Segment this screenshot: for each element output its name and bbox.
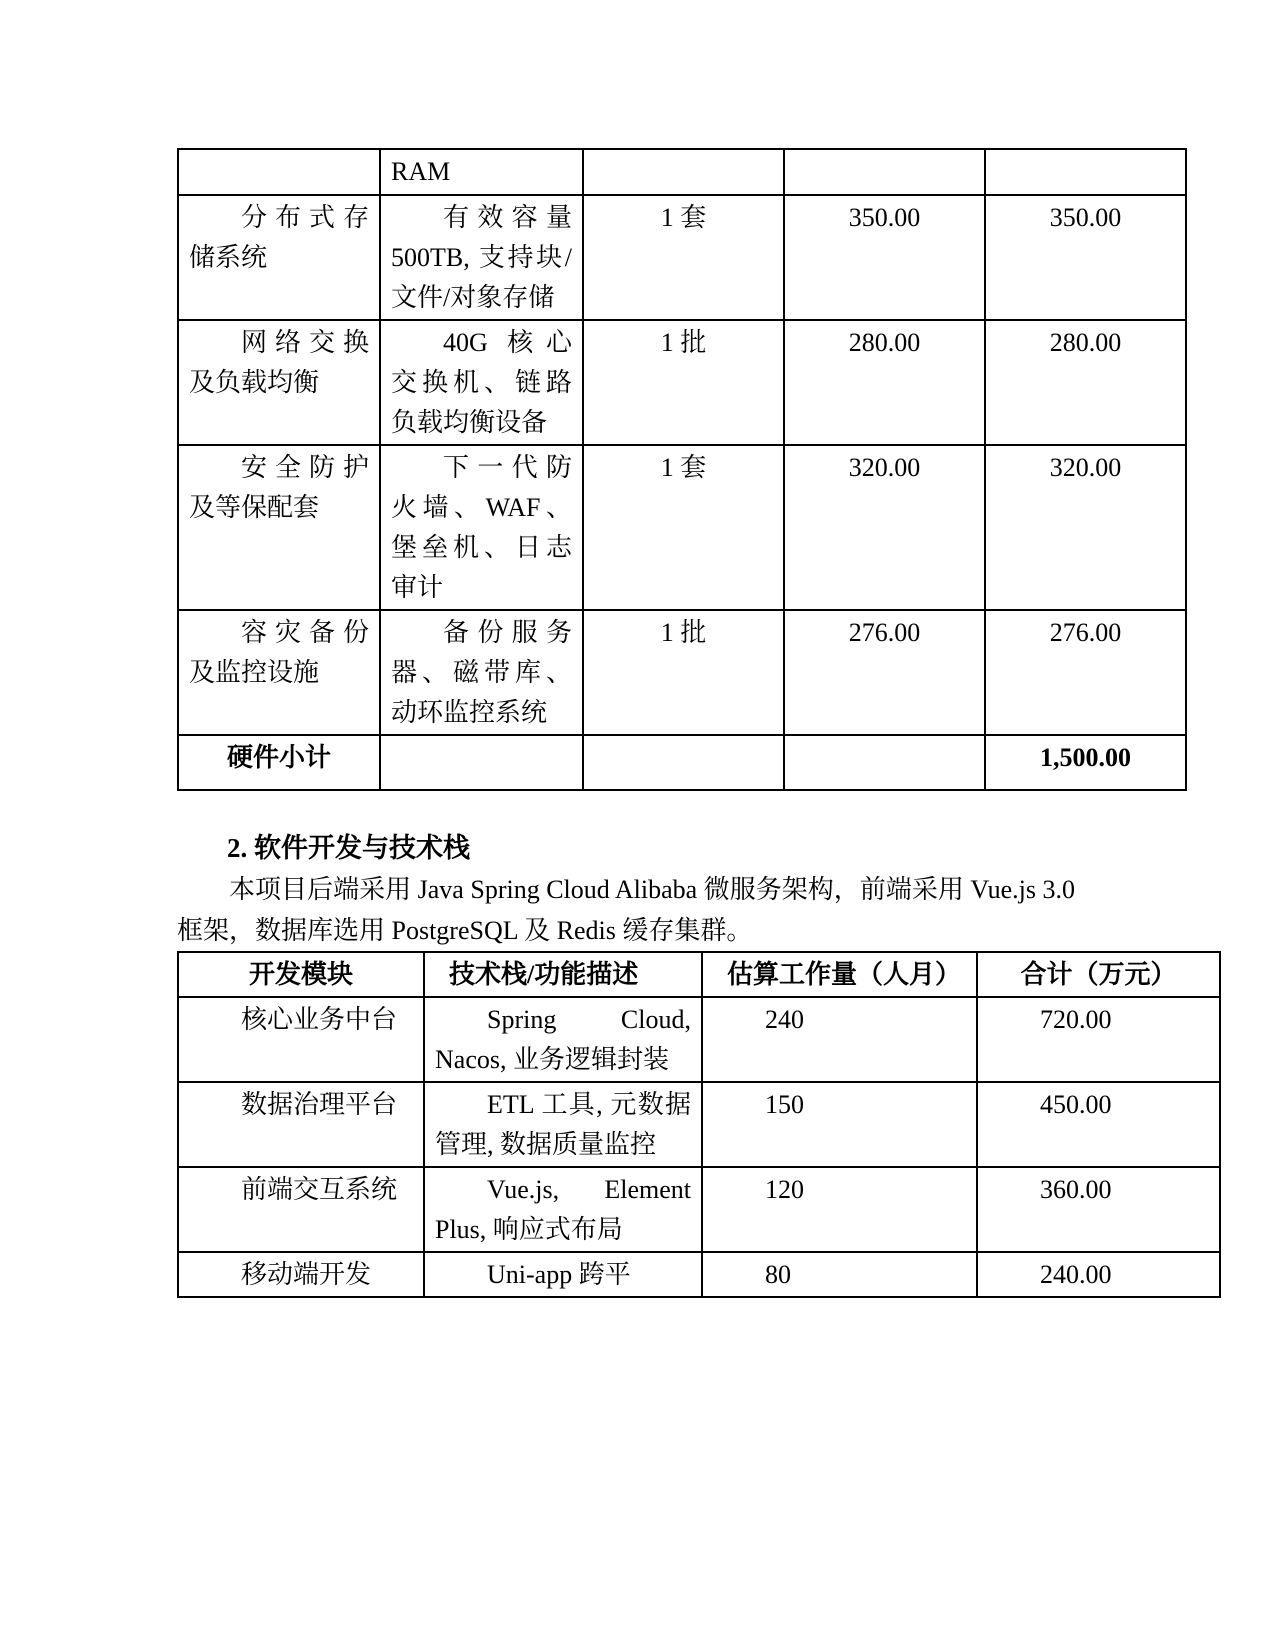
cell-price <box>784 735 985 790</box>
cell-workload: 150 <box>702 1082 977 1167</box>
cell-price: 280.00 <box>784 320 985 445</box>
cell-subtotal-value: 1,500.00 <box>985 735 1186 790</box>
table-row: 安全防护及等保配套 下一代防火墙、WAF、堡垒机、日志审计 1 套 320.00… <box>178 445 1186 610</box>
cell-total: 320.00 <box>985 445 1186 610</box>
table-row: 网络交换及负载均衡 40G 核心交换机、链路负载均衡设备 1 批 280.00 … <box>178 320 1186 445</box>
cell-price <box>784 149 985 195</box>
table-row-carryover: RAM <box>178 149 1186 195</box>
cell-module: 前端交互系统 <box>178 1167 424 1252</box>
document-page: RAM 分布式存储系统 有效容量 500TB, 支持块/文件/对象存储 1 套 … <box>0 0 1275 1650</box>
cell-total: 240.00 <box>977 1252 1220 1297</box>
cell-subtotal-label: 硬件小计 <box>178 735 380 790</box>
cell-workload: 80 <box>702 1252 977 1297</box>
header-module: 开发模块 <box>178 952 424 997</box>
cell-price: 350.00 <box>784 195 985 320</box>
cell-total: 350.00 <box>985 195 1186 320</box>
software-dev-table: 开发模块 技术栈/功能描述 估算工作量（人月） 合计（万元） 核心业务中台 Sp… <box>177 951 1221 1298</box>
cell-module: 数据治理平台 <box>178 1082 424 1167</box>
section-paragraph: 本项目后端采用 Java Spring Cloud Alibaba 微服务架构，… <box>177 869 1075 951</box>
cell-spec-carryover: RAM <box>380 149 583 195</box>
cell-tech: Uni-app 跨平 <box>424 1252 702 1297</box>
cell-total: 450.00 <box>977 1082 1220 1167</box>
table-row: 容灾备份及监控设施 备份服务器、磁带库、动环监控系统 1 批 276.00 27… <box>178 610 1186 735</box>
cell-qty <box>583 735 784 790</box>
cell-qty: 1 套 <box>583 195 784 320</box>
table-row: 前端交互系统 Vue.js, Element Plus, 响应式布局 120 3… <box>178 1167 1220 1252</box>
cell-total: 720.00 <box>977 997 1220 1082</box>
cell-spec <box>380 735 583 790</box>
cell-spec: 有效容量 500TB, 支持块/文件/对象存储 <box>380 195 583 320</box>
cell-module: 移动端开发 <box>178 1252 424 1297</box>
cell-device-name <box>178 149 380 195</box>
header-workload: 估算工作量（人月） <box>702 952 977 997</box>
cell-workload: 240 <box>702 997 977 1082</box>
header-total: 合计（万元） <box>977 952 1220 997</box>
table-row-clipped: 移动端开发 Uni-app 跨平 80 240.00 <box>178 1252 1220 1297</box>
table-header-row: 开发模块 技术栈/功能描述 估算工作量（人月） 合计（万元） <box>178 952 1220 997</box>
cell-spec: 下一代防火墙、WAF、堡垒机、日志审计 <box>380 445 583 610</box>
header-tech-stack: 技术栈/功能描述 <box>424 952 702 997</box>
cell-price: 320.00 <box>784 445 985 610</box>
cell-qty <box>583 149 784 195</box>
table-row-subtotal: 硬件小计 1,500.00 <box>178 735 1186 790</box>
cell-spec: 40G 核心交换机、链路负载均衡设备 <box>380 320 583 445</box>
cell-device-name: 容灾备份及监控设施 <box>178 610 380 735</box>
cell-price: 276.00 <box>784 610 985 735</box>
cell-total: 360.00 <box>977 1167 1220 1252</box>
cell-total: 276.00 <box>985 610 1186 735</box>
cell-tech: ETL 工具, 元数据管理, 数据质量监控 <box>424 1082 702 1167</box>
cell-device-name: 分布式存储系统 <box>178 195 380 320</box>
table-row: 数据治理平台 ETL 工具, 元数据管理, 数据质量监控 150 450.00 <box>178 1082 1220 1167</box>
table-row: 分布式存储系统 有效容量 500TB, 支持块/文件/对象存储 1 套 350.… <box>178 195 1186 320</box>
cell-qty: 1 批 <box>583 320 784 445</box>
cell-qty: 1 批 <box>583 610 784 735</box>
cell-device-name: 安全防护及等保配套 <box>178 445 380 610</box>
table-row: 核心业务中台 Spring Cloud, Nacos, 业务逻辑封装 240 7… <box>178 997 1220 1082</box>
cell-qty: 1 套 <box>583 445 784 610</box>
cell-total: 280.00 <box>985 320 1186 445</box>
cell-workload: 120 <box>702 1167 977 1252</box>
section-heading: 2. 软件开发与技术栈 <box>177 828 1075 869</box>
cell-spec: 备份服务器、磁带库、动环监控系统 <box>380 610 583 735</box>
cell-tech: Spring Cloud, Nacos, 业务逻辑封装 <box>424 997 702 1082</box>
cell-total <box>985 149 1186 195</box>
cell-tech: Vue.js, Element Plus, 响应式布局 <box>424 1167 702 1252</box>
cell-module: 核心业务中台 <box>178 997 424 1082</box>
page-content: RAM 分布式存储系统 有效容量 500TB, 支持块/文件/对象存储 1 套 … <box>177 148 1075 1298</box>
cell-device-name: 网络交换及负载均衡 <box>178 320 380 445</box>
hardware-cost-table: RAM 分布式存储系统 有效容量 500TB, 支持块/文件/对象存储 1 套 … <box>177 148 1187 791</box>
